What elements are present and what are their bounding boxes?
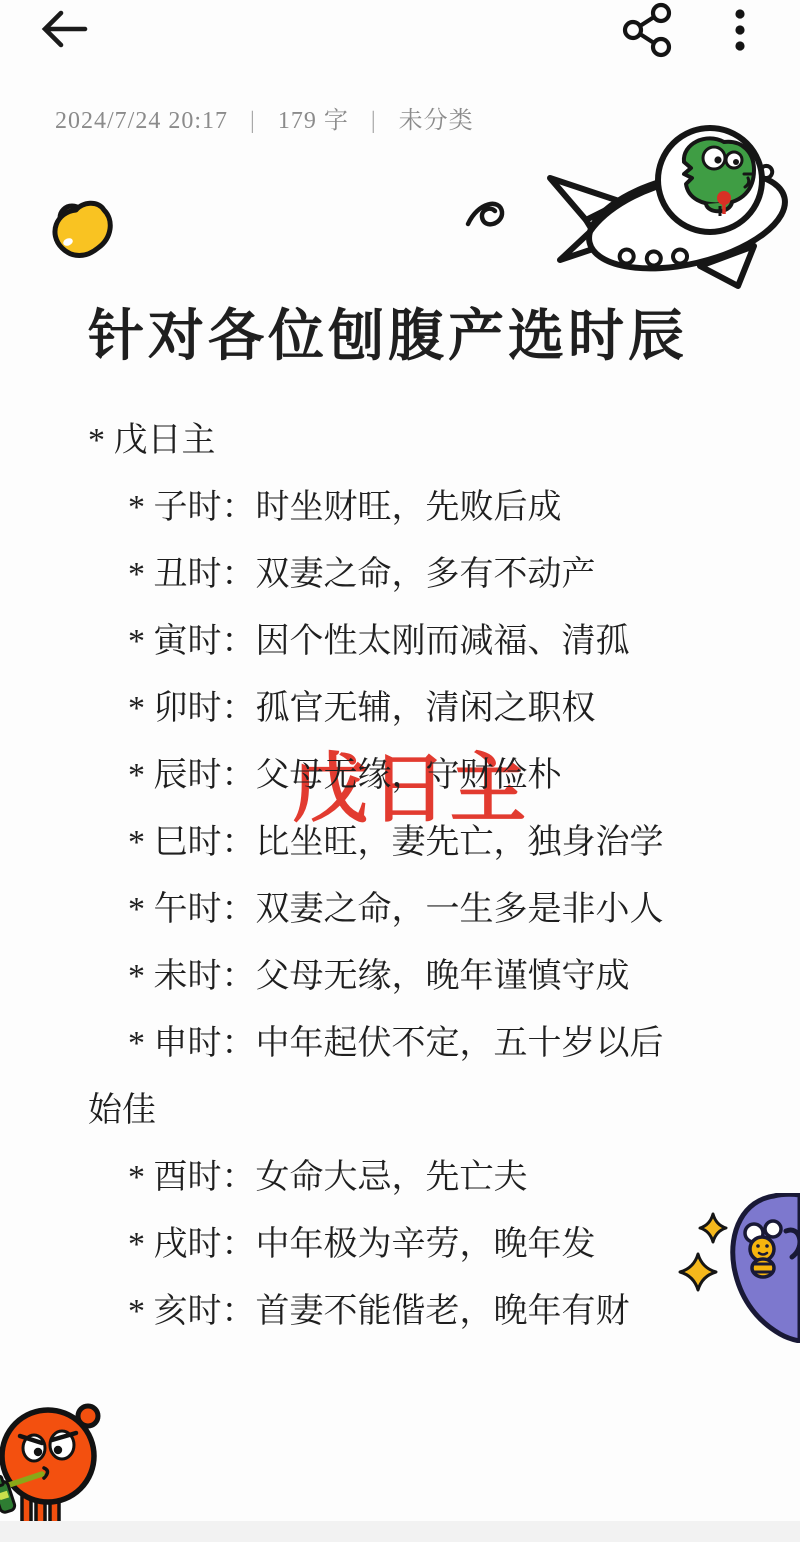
note-line-chen: * 辰时：父母无缘，守财俭朴	[88, 742, 688, 809]
note-line-wu: * 午时：双妻之命，一生多是非小人	[88, 876, 688, 943]
note-view-page: 2024/7/24 20:17 | 179 字 | 未分类	[0, 0, 800, 1542]
bottom-edge-strip	[0, 1521, 800, 1542]
share-button[interactable]	[620, 2, 674, 58]
kebab-menu-icon	[726, 44, 754, 59]
note-line-si: * 巳时：比坐旺，妻先亡，独身治学	[88, 809, 688, 876]
back-arrow-icon	[38, 40, 90, 55]
note-line-shen: * 申时：中年起伏不定，五十岁以后始佳	[88, 1010, 688, 1144]
note-word-count: 179 字	[278, 108, 349, 134]
share-icon	[620, 46, 674, 61]
note-line-yin: * 寅时：因个性太刚而减福、清孤	[88, 608, 688, 675]
yellow-bean-sticker	[46, 196, 116, 273]
meta-separator: |	[250, 108, 256, 134]
note-body[interactable]: * 戊日主 * 子时：时坐财旺，先败后成 * 丑时：双妻之命，多有不动产 * 寅…	[88, 407, 688, 1345]
note-line-wei: * 未时：父母无缘，晚年谨慎守成	[88, 943, 688, 1010]
frog-ufo-sticker	[462, 118, 792, 295]
note-line-you: * 酉时：女命大忌，先亡夫	[88, 1144, 688, 1211]
note-line-zi: * 子时：时坐财旺，先败后成	[88, 474, 688, 541]
note-line-mao: * 卯时：孤官无辅，清闲之职权	[88, 675, 688, 742]
note-line-day-master: * 戊日主	[88, 407, 688, 474]
note-datetime: 2024/7/24 20:17	[55, 108, 228, 134]
meta-separator: |	[371, 108, 377, 134]
note-line-hai: * 亥时：首妻不能偕老，晚年有财	[88, 1278, 688, 1345]
orange-character-sticker	[0, 1398, 167, 1531]
note-meta: 2024/7/24 20:17 | 179 字 | 未分类	[55, 100, 474, 135]
note-line-xu: * 戌时：中年极为辛劳，晚年发	[88, 1211, 688, 1278]
more-options-button[interactable]	[726, 4, 754, 56]
note-title[interactable]: 针对各位刨腹产选时辰	[88, 292, 688, 372]
purple-blob-bee-sticker	[710, 1193, 800, 1348]
back-button[interactable]	[38, 6, 90, 52]
note-line-chou: * 丑时：双妻之命，多有不动产	[88, 541, 688, 608]
